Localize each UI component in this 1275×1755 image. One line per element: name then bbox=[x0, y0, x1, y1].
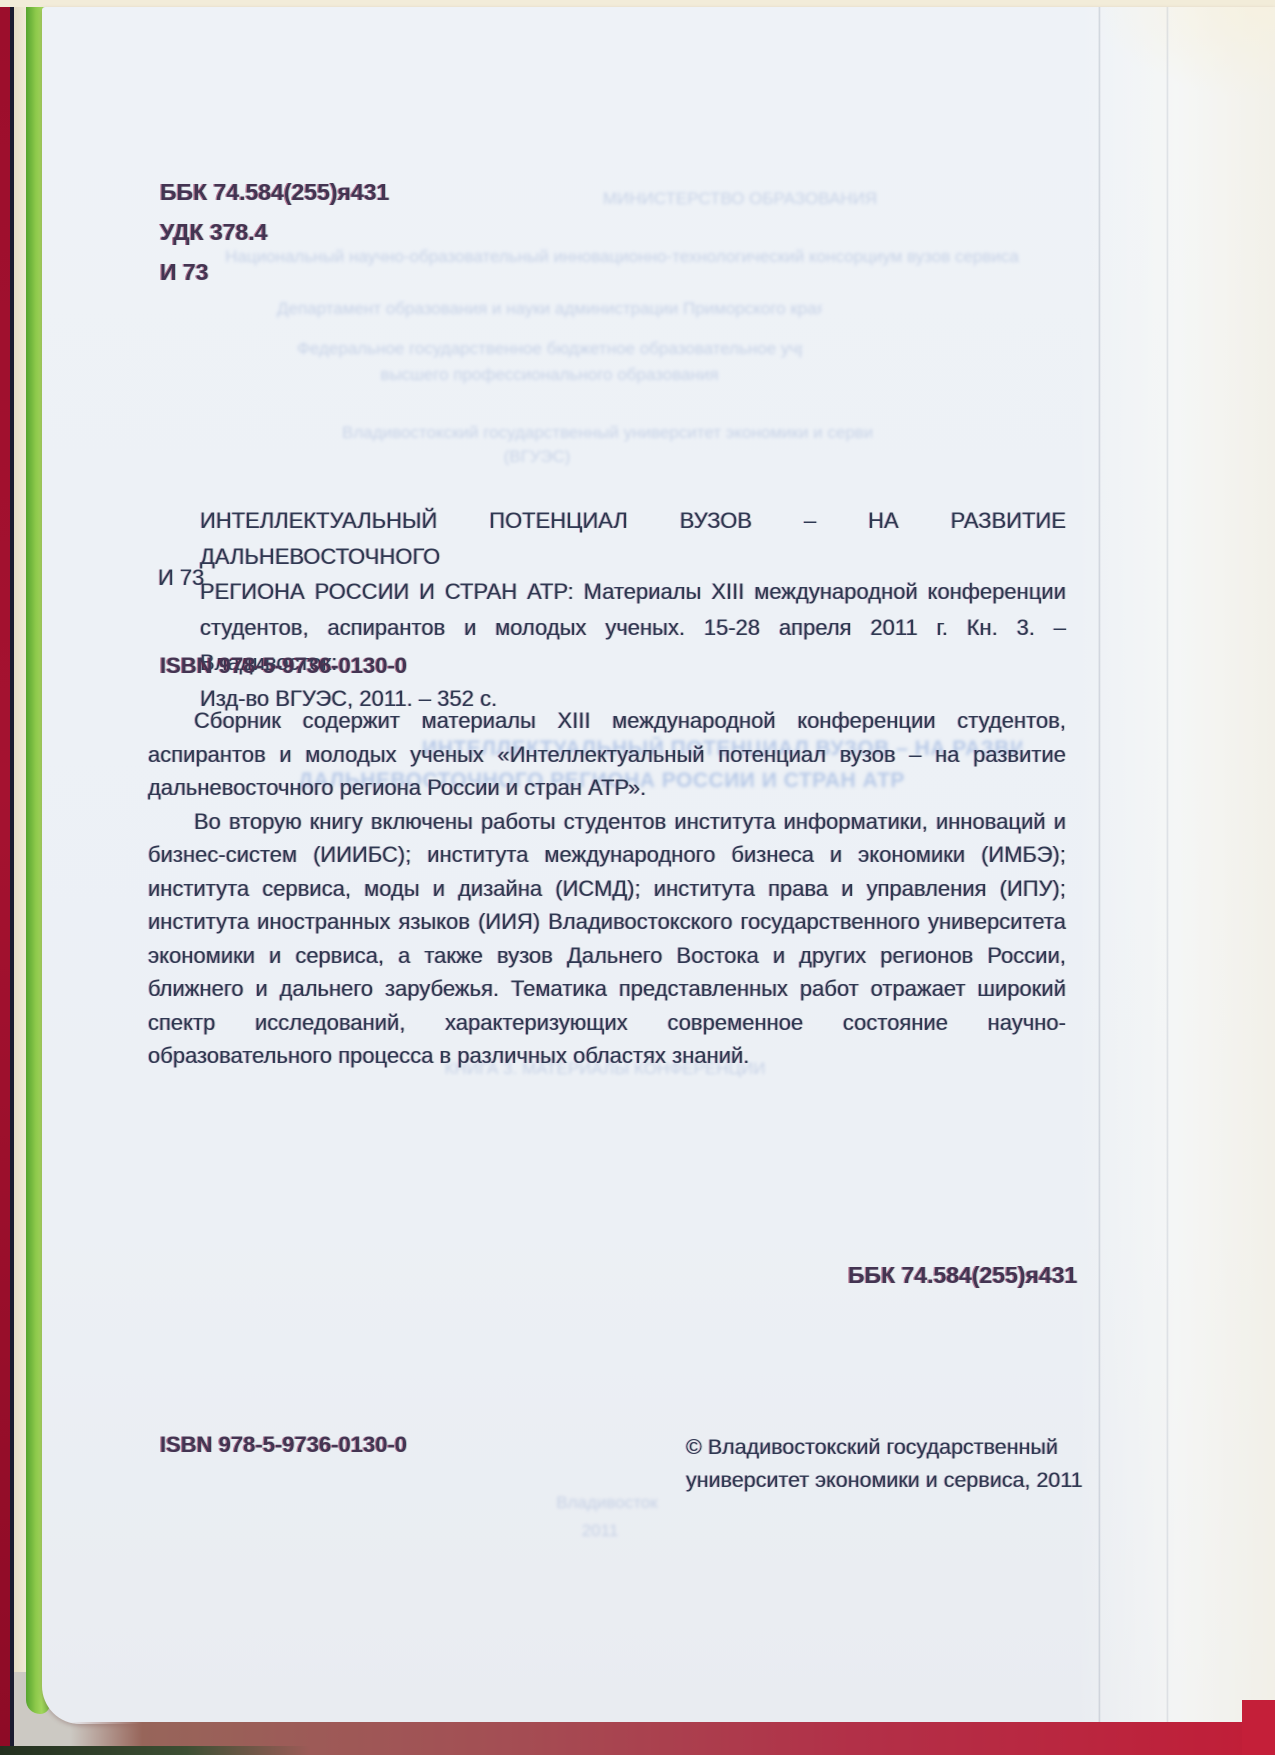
copyright-line: университет экономики и сервиса, 2011 bbox=[686, 1464, 1083, 1497]
bleedthrough-line: Департамент образования и науки админист… bbox=[277, 299, 822, 319]
bleedthrough-line: 2011 bbox=[570, 1521, 630, 1541]
abstract-paragraph: Сборник содержит материалы XIII междунар… bbox=[148, 704, 1066, 805]
bleedthrough-line: Владивостокский государственный универси… bbox=[342, 423, 872, 443]
entry-line: РЕГИОНА РОССИИ И СТРАН АТР: Материалы XI… bbox=[200, 574, 1066, 610]
isbn-top: ISBN 978-5-9736-0130-0 bbox=[160, 653, 407, 679]
cover-corner-red bbox=[1242, 1700, 1275, 1755]
entry-line: ИНТЕЛЛЕКТУАЛЬНЫЙ ПОТЕНЦИАЛ ВУЗОВ – НА РА… bbox=[200, 503, 1066, 574]
author-sign: И 73 bbox=[160, 252, 389, 292]
bleedthrough-line: (ВГУЭС) bbox=[472, 447, 602, 467]
imprint-page: МИНИСТЕРСТВО ОБРАЗОВАНИЯ Национальный на… bbox=[42, 7, 1275, 1724]
copyright-notice: © Владивостокский государственный универ… bbox=[686, 1431, 1083, 1497]
cover-edge-red bbox=[0, 0, 10, 1755]
page-crease bbox=[1166, 7, 1169, 1724]
top-cover-edge bbox=[0, 0, 1275, 7]
bbk-code: ББК 74.584(255)я431 bbox=[160, 172, 389, 212]
bbk-code-bottom: ББК 74.584(255)я431 bbox=[848, 1262, 1077, 1289]
entry-author-sign: И 73 bbox=[158, 565, 204, 591]
bibliographic-entry: ИНТЕЛЛЕКТУАЛЬНЫЙ ПОТЕНЦИАЛ ВУЗОВ – НА РА… bbox=[200, 503, 1066, 716]
book-scan: МИНИСТЕРСТВО ОБРАЗОВАНИЯ Национальный на… bbox=[0, 0, 1275, 1755]
contents-paragraph: Во вторую книгу включены работы студенто… bbox=[148, 805, 1066, 1073]
bleedthrough-line: Федеральное государственное бюджетное об… bbox=[297, 339, 802, 359]
classification-codes: ББК 74.584(255)я431 УДК 378.4 И 73 bbox=[160, 172, 389, 292]
copyright-line: © Владивостокский государственный bbox=[686, 1431, 1083, 1464]
bleedthrough-line: Владивосток bbox=[547, 1493, 667, 1513]
isbn-bottom: ISBN 978-5-9736-0130-0 bbox=[160, 1432, 407, 1458]
bleedthrough-line: высшего профессионального образования bbox=[327, 365, 772, 385]
udk-code: УДК 378.4 bbox=[160, 212, 389, 252]
annotation: Сборник содержит материалы XIII междунар… bbox=[148, 704, 1066, 1073]
bleedthrough-line: МИНИСТЕРСТВО ОБРАЗОВАНИЯ bbox=[540, 189, 940, 209]
cover-bottom-dark-edge bbox=[0, 1746, 310, 1755]
